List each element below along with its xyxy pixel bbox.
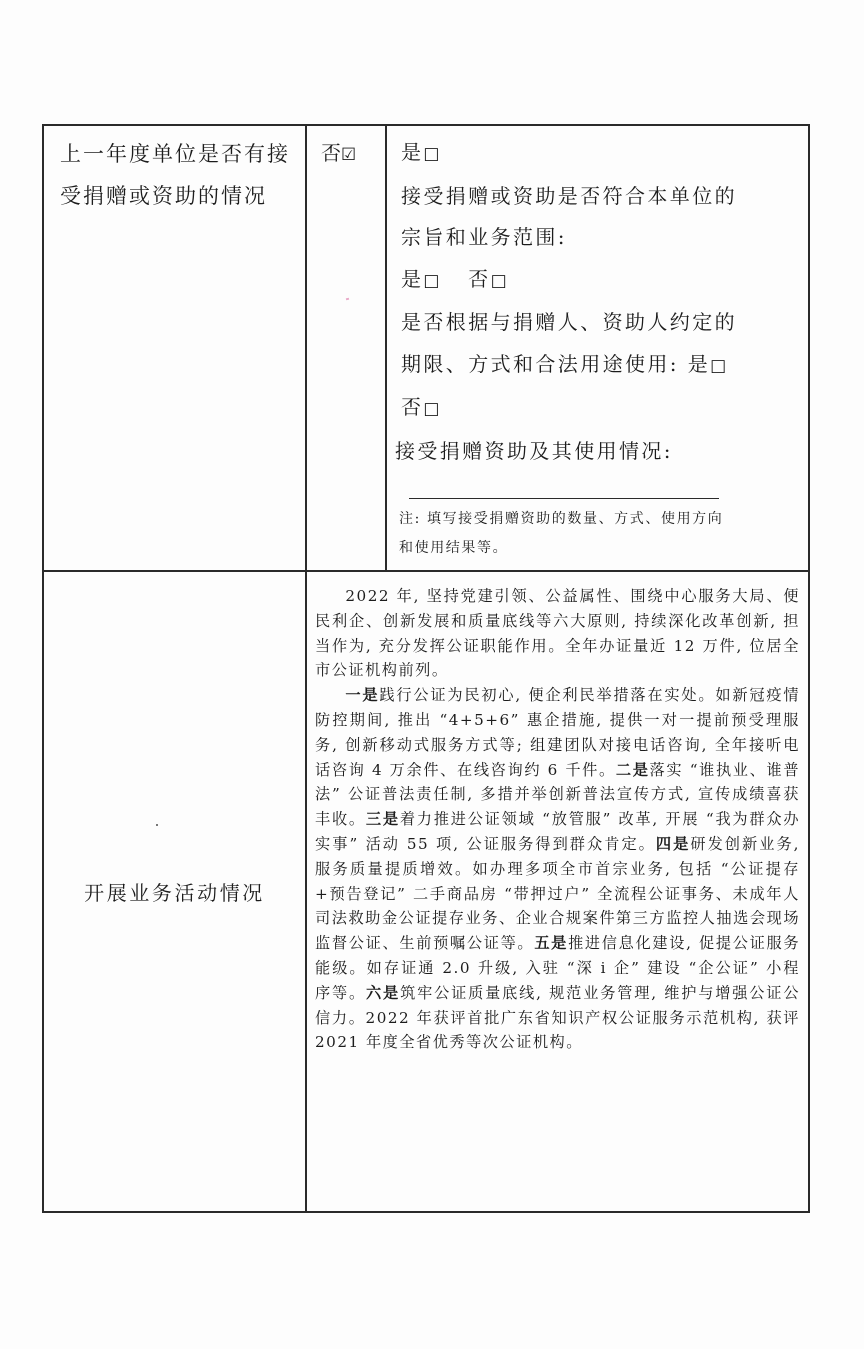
donation-no-checkbox[interactable]: 否☑ [307, 126, 385, 176]
donation-no-cell: 否☑ [306, 125, 386, 571]
ordinal-heading: 六是 [366, 984, 400, 1002]
q2-text-line2: 期限、方式和合法用途使用: [401, 352, 679, 376]
ordinal-heading: 四是 [656, 835, 690, 853]
empty-box-icon: □ [423, 271, 441, 291]
checked-box-icon: ☑ [341, 145, 356, 165]
q1-no-label: 否 [468, 267, 490, 291]
q2-yes-checkbox[interactable]: 是□ [688, 352, 729, 376]
activity-label: 开展业务活动情况 [84, 881, 265, 905]
activity-row: 开展业务活动情况 2022 年, 坚持党建引领、公益属性、围绕中心服务大局、便民… [43, 571, 809, 1212]
q2-no-checkbox[interactable]: 否□ [401, 387, 798, 431]
activity-label-cell: 开展业务活动情况 [43, 571, 306, 1212]
q2-text-line2-wrap: 期限、方式和合法用途使用: 是□ [401, 344, 798, 388]
q1-no-checkbox[interactable]: 否□ [468, 267, 509, 291]
donation-row: 上一年度单位是否有接受捐赠或资助的情况 否☑ 是□ 接受捐赠或资助是否符合本单位… [43, 125, 809, 571]
empty-box-icon: □ [710, 356, 728, 376]
empty-box-icon: □ [423, 399, 441, 419]
q1-yes-label: 是 [401, 267, 423, 291]
ordinal-heading: 五是 [534, 934, 568, 952]
note-line1: 注: 填写接受捐赠资助的数量、方式、使用方向 [399, 505, 798, 534]
q1-options: 是□ 否□ [401, 259, 798, 303]
q2-yes-label: 是 [688, 352, 710, 376]
donation-yes-checkbox[interactable]: 是□ [401, 132, 798, 176]
donation-detail: 是□ 接受捐赠或资助是否符合本单位的 宗旨和业务范围: 是□ 否□ 是否根据与捐… [387, 126, 808, 563]
empty-box-icon: □ [423, 144, 441, 164]
paragraph-text: 2022 年, 坚持党建引领、公益属性、围绕中心服务大局、便民利企、创新发展和质… [315, 587, 800, 679]
ordinal-heading: 三是 [366, 810, 400, 828]
donation-label: 上一年度单位是否有接受捐赠或资助的情况 [44, 126, 305, 217]
q2-no-label: 否 [401, 395, 423, 419]
q1-yes-checkbox[interactable]: 是□ [401, 267, 442, 291]
q2-text-line1: 是否根据与捐赠人、资助人约定的 [401, 302, 798, 344]
document-page: 上一年度单位是否有接受捐赠或资助的情况 否☑ 是□ 接受捐赠或资助是否符合本单位… [0, 0, 864, 1349]
report-form-table: 上一年度单位是否有接受捐赠或资助的情况 否☑ 是□ 接受捐赠或资助是否符合本单位… [42, 124, 810, 1213]
q1-text-line2: 宗旨和业务范围: [401, 217, 798, 259]
activity-content-cell: 2022 年, 坚持党建引领、公益属性、围绕中心服务大局、便民利企、创新发展和质… [306, 571, 809, 1212]
activity-paragraph: 2022 年, 坚持党建引领、公益属性、围绕中心服务大局、便民利企、创新发展和质… [315, 584, 800, 683]
q1-text-line1: 接受捐赠或资助是否符合本单位的 [401, 176, 798, 218]
donation-label-cell: 上一年度单位是否有接受捐赠或资助的情况 [43, 125, 306, 571]
activity-paragraph: 一是践行公证为民初心, 便企利民举措落在实处。如新冠疫情防控期间, 推出 “4+… [315, 683, 800, 1055]
activity-text: 2022 年, 坚持党建引领、公益属性、围绕中心服务大局、便民利企、创新发展和质… [307, 572, 808, 1055]
donation-detail-cell: 是□ 接受捐赠或资助是否符合本单位的 宗旨和业务范围: 是□ 否□ 是否根据与捐… [386, 125, 809, 571]
no-label: 否 [321, 141, 341, 165]
ordinal-heading: 一是 [345, 686, 379, 704]
yes-label: 是 [401, 140, 423, 164]
ordinal-heading: 二是 [616, 761, 650, 779]
note-line2: 和使用结果等。 [399, 534, 798, 563]
usage-label: 接受捐赠资助及其使用情况: [395, 431, 798, 473]
usage-fill-line[interactable] [409, 498, 719, 499]
empty-box-icon: □ [491, 271, 509, 291]
